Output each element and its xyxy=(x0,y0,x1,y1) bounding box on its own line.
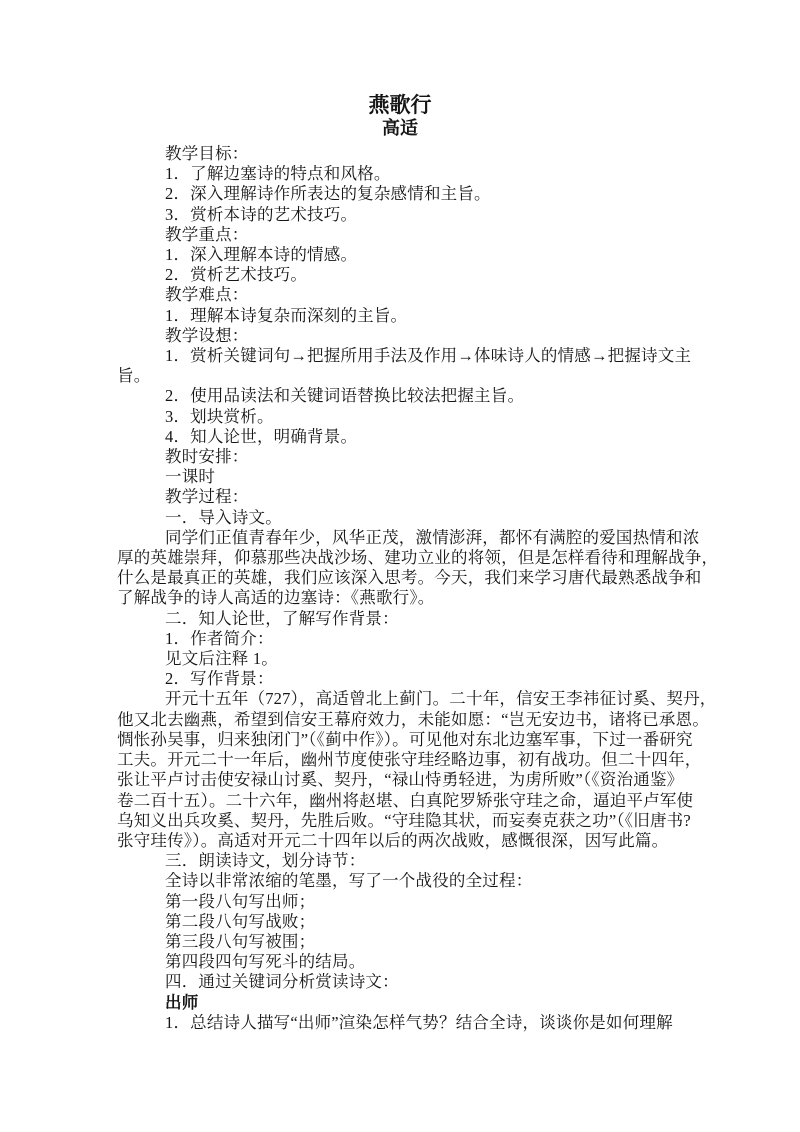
text-line: 第四段四句写死斗的结局。 xyxy=(117,952,683,972)
document-content: 燕歌行 高适 教学目标：1．了解边塞诗的特点和风格。2．深入理解诗作所表达的复杂… xyxy=(117,93,683,1033)
text-line: 什么是最真正的英雄，我们应该深入思考。今天，我们来学习唐代最熟悉战争和 xyxy=(117,568,683,588)
text-line: 卷二百十五）。二十六年，幽州将赵堪、白真陀罗矫张守珪之命，逼迫平卢军使 xyxy=(117,791,683,811)
text-line: 第一段八句写出师； xyxy=(117,892,683,912)
text-line: 他又北去幽燕，希望到信安王幕府效力，未能如愿：“岂无安边书，诸将已承恩。 xyxy=(117,710,683,730)
text-line: 1．深入理解本诗的情感。 xyxy=(117,245,683,265)
text-line: 1．赏析关键词句→把握所用手法及作用→体味诗人的情感→把握诗文主 xyxy=(117,346,683,366)
text-line: 同学们正值青春年少，风华正茂，激情澎湃，都怀有满腔的爱国热情和浓 xyxy=(117,528,683,548)
text-line: 旨。 xyxy=(117,366,683,386)
text-line: 1．了解边塞诗的特点和风格。 xyxy=(117,164,683,184)
text-line: 3．赏析本诗的艺术技巧。 xyxy=(117,205,683,225)
text-line: 张守珪传》）。高适对开元二十四年以后的两次战败，感慨很深，因写此篇。 xyxy=(117,831,683,851)
text-line: 教学过程： xyxy=(117,487,683,507)
text-line: 张让平卢讨击使安禄山讨奚、契丹，“禄山恃勇轻进，为虏所败”（《资治通鉴》 xyxy=(117,770,683,790)
text-line: 1．理解本诗复杂而深刻的主旨。 xyxy=(117,306,683,326)
text-line: 厚的英雄崇拜，仰慕那些决战沙场、建功立业的将领，但是怎样看待和理解战争， xyxy=(117,548,683,568)
text-line: 一．导入诗文。 xyxy=(117,508,683,528)
text-line: 出师 xyxy=(117,993,683,1013)
text-line: 三．朗读诗文，划分诗节： xyxy=(117,851,683,871)
text-line: 四．通过关键词分析赏读诗文： xyxy=(117,972,683,992)
text-line: 2．使用品读法和关键词语替换比较法把握主旨。 xyxy=(117,386,683,406)
text-line: 教学目标： xyxy=(117,144,683,164)
text-line: 4．知人论世，明确背景。 xyxy=(117,427,683,447)
text-line: 3．划块赏析。 xyxy=(117,407,683,427)
text-line: 2．深入理解诗作所表达的复杂感情和主旨。 xyxy=(117,184,683,204)
text-line: 第二段八句写战败； xyxy=(117,912,683,932)
text-line: 了解战争的诗人高适的边塞诗：《燕歌行》。 xyxy=(117,588,683,608)
document-body: 教学目标：1．了解边塞诗的特点和风格。2．深入理解诗作所表达的复杂感情和主旨。3… xyxy=(117,144,683,1033)
text-line: 二．知人论世，了解写作背景： xyxy=(117,609,683,629)
text-line: 教学难点： xyxy=(117,285,683,305)
text-line: 乌知义出兵攻奚、契丹，先胜后败。“守珪隐其状，而妄奏克获之功”（《旧唐书? xyxy=(117,811,683,831)
text-line: 一课时 xyxy=(117,467,683,487)
document-title: 燕歌行 xyxy=(117,93,683,117)
text-line: 见文后注释 1。 xyxy=(117,649,683,669)
document-author: 高适 xyxy=(117,117,683,139)
text-line: 2．写作背景： xyxy=(117,669,683,689)
text-line: 教学重点： xyxy=(117,225,683,245)
text-line: 2．赏析艺术技巧。 xyxy=(117,265,683,285)
text-line: 开元十五年（727），高适曾北上蓟门。二十年，信安王李祎征讨奚、契丹， xyxy=(117,689,683,709)
text-line: 惆怅孙吴事，归来独闭门”（《蓟中作》）。可见他对东北边塞军事，下过一番研究 xyxy=(117,730,683,750)
text-line: 1．作者简介： xyxy=(117,629,683,649)
text-line: 全诗以非常浓缩的笔墨，写了一个战役的全过程： xyxy=(117,871,683,891)
text-line: 1．总结诗人描写“出师”渲染怎样气势？结合全诗，谈谈你是如何理解 xyxy=(117,1013,683,1033)
document-page: 燕歌行 高适 教学目标：1．了解边塞诗的特点和风格。2．深入理解诗作所表达的复杂… xyxy=(0,0,800,1132)
text-line: 第三段八句写被围； xyxy=(117,932,683,952)
text-line: 工夫。开元二十一年后，幽州节度使张守珪经略边事，初有战功。但二十四年， xyxy=(117,750,683,770)
text-line: 教时安排： xyxy=(117,447,683,467)
text-line: 教学设想： xyxy=(117,326,683,346)
